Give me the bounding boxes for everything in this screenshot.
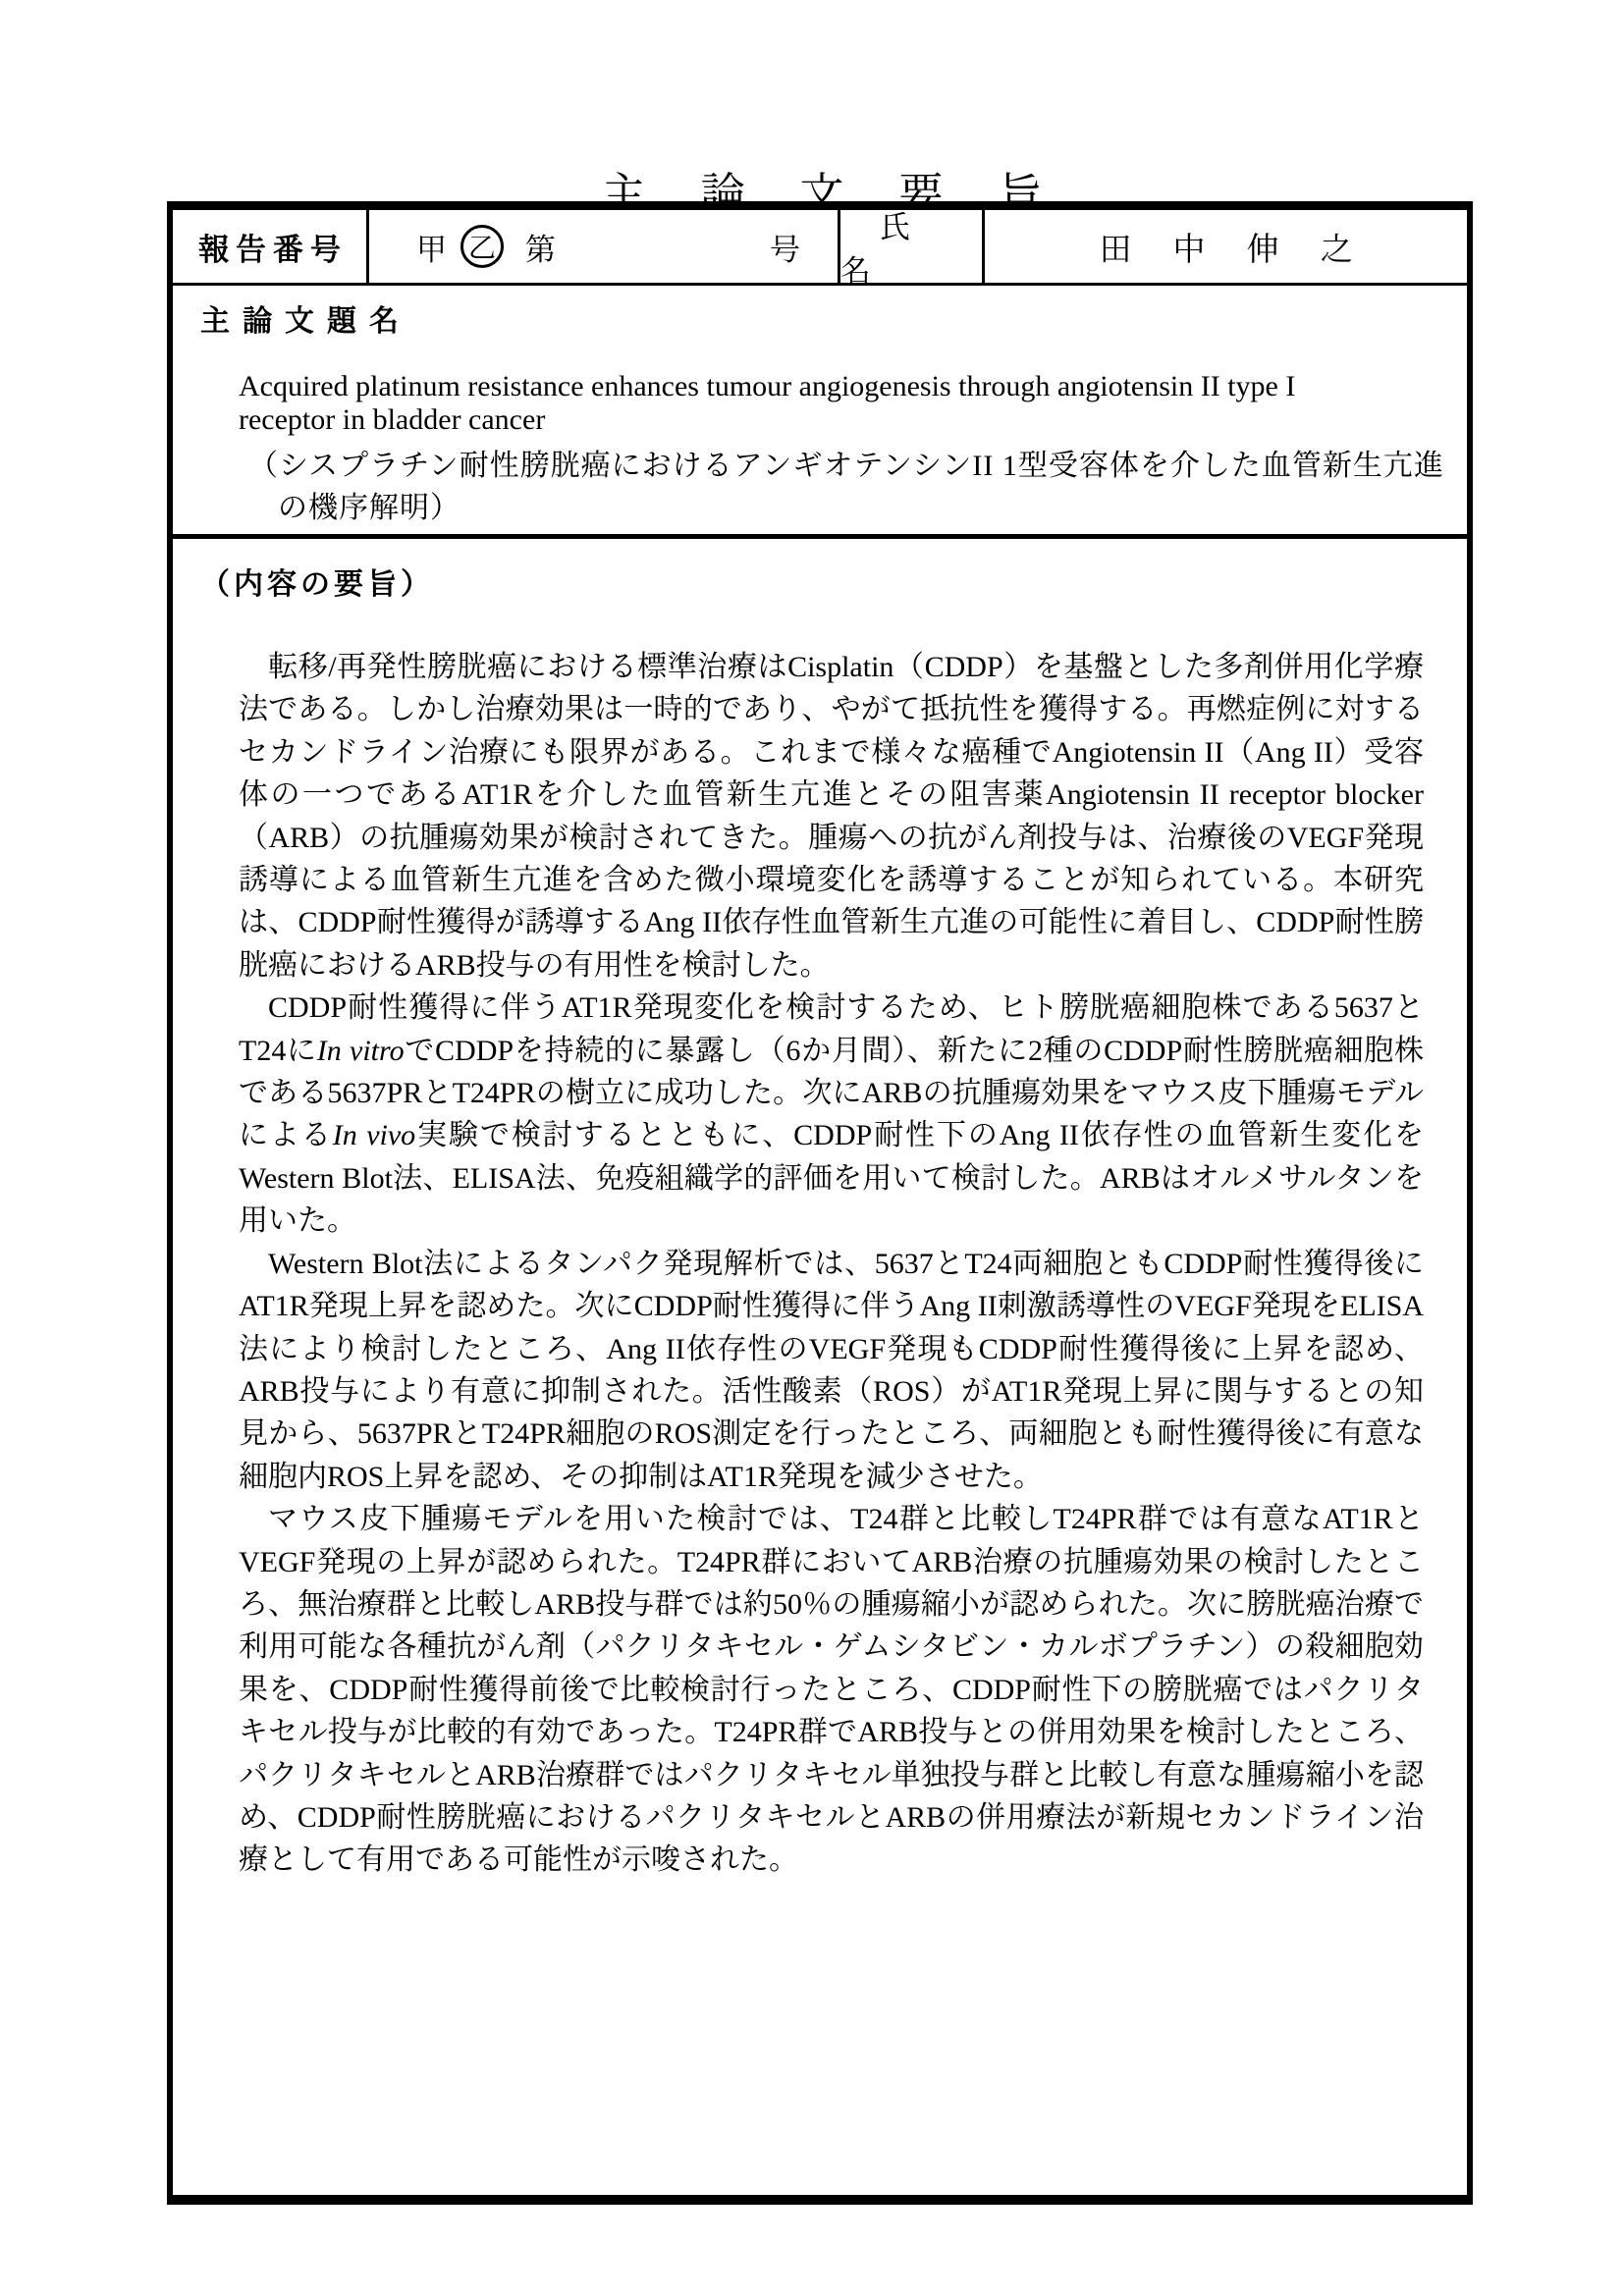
thesis-title-japanese-line1: （シスプラチン耐性膀胱癌におけるアンギオテンシンII 1型受容体を介した血管新生… — [248, 445, 1428, 487]
name-value: 田中伸之 — [1058, 224, 1394, 270]
name-label: 氏名 — [840, 202, 982, 291]
name-label-cell: 氏名 — [840, 210, 985, 283]
thesis-abstract-page: { "page_title": "主論文要旨", "header": { "re… — [0, 0, 1624, 2296]
thesis-title-english-line1: Acquired platinum resistance enhances tu… — [239, 370, 1428, 403]
thesis-title-english: Acquired platinum resistance enhances tu… — [239, 370, 1428, 437]
report-number-label-cell: 報告番号 — [173, 210, 369, 283]
header-table: 報告番号 甲 乙 第 号 氏名 田中伸之 — [173, 210, 1467, 286]
abstract-paragraph: Western Blot法によるタンパク発現解析では、5637とT24両細胞とも… — [239, 1243, 1424, 1498]
document-frame: 報告番号 甲 乙 第 号 氏名 田中伸之 主論文題名 Acquired plat… — [167, 201, 1473, 2205]
report-number-value-cell: 甲 乙 第 号 — [369, 210, 840, 283]
thesis-title-label: 主論文題名 — [200, 305, 1428, 339]
thesis-title-japanese-line2: の機序解明） — [248, 487, 1428, 529]
abstract-paragraph: 転移/再発性膀胱癌における標準治療はCisplatin（CDDP）を基盤とした多… — [239, 646, 1424, 987]
name-value-cell: 田中伸之 — [985, 210, 1467, 283]
kou-mark: 甲 — [416, 225, 447, 269]
dai-mark: 第 — [525, 225, 556, 269]
abstract-label: （内容の要旨） — [200, 568, 1424, 602]
thesis-title-japanese: （シスプラチン耐性膀胱癌におけるアンギオテンシンII 1型受容体を介した血管新生… — [248, 445, 1428, 529]
abstract-paragraph: CDDP耐性獲得に伴うAT1R発現変化を検討するため、ヒト膀胱癌細胞株である56… — [239, 987, 1424, 1242]
abstract-paragraph: マウス皮下腫瘍モデルを用いた検討では、T24群と比較しT24PR群では有意なAT… — [239, 1498, 1424, 1882]
otsu-circled-mark: 乙 — [460, 225, 504, 268]
thesis-title-english-line2: receptor in bladder cancer — [239, 403, 1428, 437]
abstract-section: （内容の要旨） 転移/再発性膀胱癌における標準治療はCisplatin（CDDP… — [173, 539, 1467, 1882]
gou-mark: 号 — [770, 225, 800, 269]
report-number-label: 報告番号 — [191, 225, 348, 269]
thesis-title-section: 主論文題名 Acquired platinum resistance enhan… — [173, 286, 1467, 539]
abstract-paragraphs: 転移/再発性膀胱癌における標準治療はCisplatin（CDDP）を基盤とした多… — [239, 646, 1424, 1882]
